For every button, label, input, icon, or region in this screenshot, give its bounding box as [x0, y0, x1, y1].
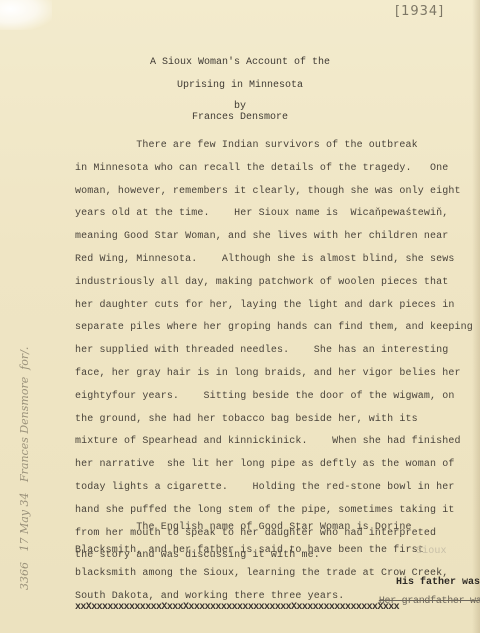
- text-line: hand she puffed the long stem of the pip…: [75, 505, 455, 516]
- text-line: industriously all day, making patchwork …: [75, 277, 448, 288]
- text-line: woman, however, remembers it clearly, th…: [75, 186, 461, 197]
- text-line: separate piles where her groping hands c…: [75, 322, 473, 333]
- text-line: eightyfour years. Sitting beside the doo…: [75, 391, 455, 402]
- text-line: years old at the time. Her Sioux name is…: [75, 208, 448, 219]
- text-line: Blacksmith, and her father is said to ha…: [75, 545, 430, 556]
- faint-word: Sioux: [416, 546, 447, 557]
- page-edge-shadow: [472, 0, 480, 633]
- text-line: Red Wing, Minnesota. Although she is alm…: [75, 254, 455, 265]
- title-line-1: A Sioux Woman's Account of the: [0, 57, 480, 68]
- text-line: blacksmith among the Sioux, learning the…: [75, 568, 448, 579]
- margin-handwriting: 3366 17 May 34 Frances Densmore for/.: [18, 347, 31, 590]
- text-line: the ground, she had her tobacco bag besi…: [75, 414, 418, 425]
- text-line: There are few Indian survivors of the ou…: [75, 140, 418, 151]
- torn-corner: [0, 0, 52, 30]
- text-line: The English name of Good Star Woman is D…: [75, 522, 412, 533]
- text-line: today lights a cigarette. Holding the re…: [75, 482, 455, 493]
- author-name: Frances Densmore: [0, 112, 480, 123]
- title-line-2: Uprising in Minnesota: [0, 80, 480, 91]
- text-line: in Minnesota who can recall the details …: [75, 163, 448, 174]
- handwritten-year-annotation: [1934]: [395, 4, 444, 19]
- text-line: mixture of Spearhead and kinnickinick. W…: [75, 436, 461, 447]
- text-line: her supplied with threaded needles. She …: [75, 345, 448, 356]
- struck-last-line: xxXxxxxxxxxxxxxxXxxxXxxxxxxxxxxxxxxxxxxx…: [75, 602, 399, 613]
- text-line: meaning Good Star Woman, and she lives w…: [75, 231, 448, 242]
- text-line: her daughter cuts for her, laying the li…: [75, 300, 455, 311]
- document-page: [1934] A Sioux Woman's Account of the Up…: [0, 0, 480, 633]
- text-line: her narrative she lit her long pipe as d…: [75, 459, 455, 470]
- text-line: face, her gray hair is in long braids, a…: [75, 368, 461, 379]
- text-line: South Dakota, and working there three ye…: [75, 591, 344, 602]
- byline-by: by: [0, 101, 480, 112]
